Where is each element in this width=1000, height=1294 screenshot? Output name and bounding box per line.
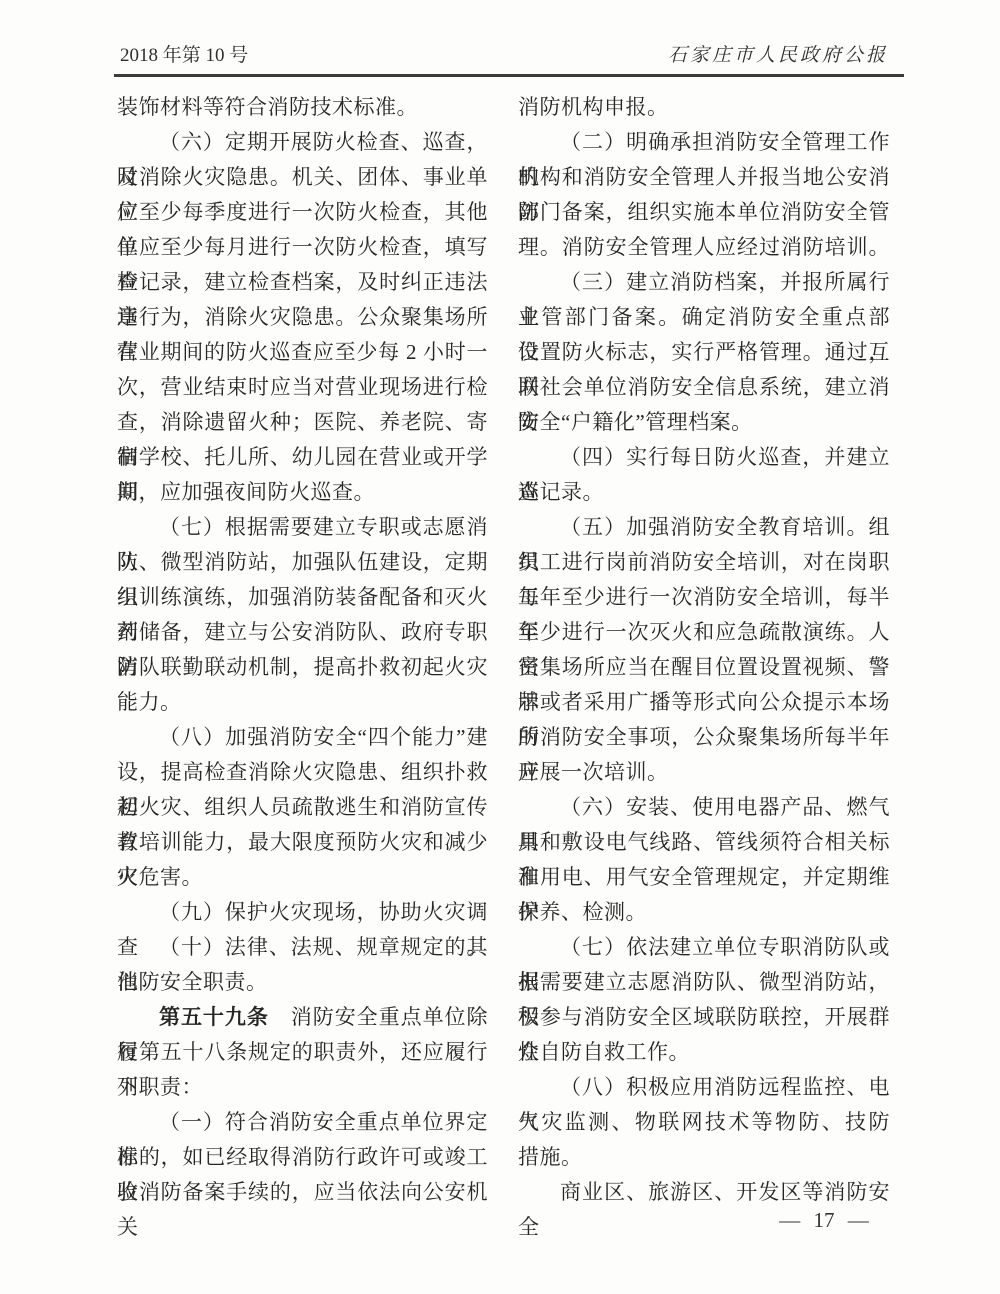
text-line: 第五十九条 消防安全重点单位除履 xyxy=(117,1000,488,1035)
text-line: （六）安装、使用电器产品、燃气用 xyxy=(518,790,890,825)
text-line: 营业期间的防火巡查应至少每 2 小时一 xyxy=(117,335,488,370)
text-line: 极参与消防安全区域联防联控，开展群众 xyxy=(518,1000,890,1035)
text-line: 查，消除遗留火种；医院、养老院、寄宿 xyxy=(117,405,488,440)
text-line: 的消防安全事项，公众聚集场所每半年应 xyxy=(518,720,890,755)
text-line: 列职责： xyxy=(117,1070,488,1105)
text-line: 能力。 xyxy=(117,685,488,720)
text-line: 网社会单位消防安全信息系统，建立消防 xyxy=(518,370,890,405)
text-line: 每年至少进行一次消防安全培训，每半年 xyxy=(518,580,890,615)
text-line: 章行为，消除火灾隐患。公众聚集场所在 xyxy=(117,300,488,335)
article-number-bold: 第五十九条 xyxy=(159,1005,269,1029)
text-line: （七）根据需要建立专职或志愿消防 xyxy=(117,510,488,545)
text-line: 消防机构申报。 xyxy=(518,90,890,125)
page-number: — 17 — xyxy=(762,1206,886,1234)
text-line: 位应至少每月进行一次防火检查，填写检 xyxy=(117,230,488,265)
text-line: （九）保护火灾现场，协助火灾调查。 xyxy=(117,895,488,930)
text-line: 具和敷设电气线路、管线须符合相关标准 xyxy=(518,825,890,860)
text-line: 安全“户籍化”管理档案。 xyxy=(518,405,890,440)
text-line: 机构和消防安全管理人并报当地公安消防 xyxy=(518,160,890,195)
text-line: 理。消防安全管理人应经过消防培训。 xyxy=(518,230,890,265)
text-line: 制学校、托儿所、幼儿园在营业或开学期 xyxy=(117,440,488,475)
text-line: 开展一次培训。 xyxy=(518,755,890,790)
text-line: 查记录。 xyxy=(518,475,890,510)
text-line: 性自防自救工作。 xyxy=(518,1035,890,1070)
text-line: 据需要建立志愿消防队、微型消防站，积 xyxy=(518,965,890,1000)
text-line: （二）明确承担消防安全管理工作的 xyxy=(518,125,890,160)
header-publication-title: 石家庄市人民政府公报 xyxy=(668,45,888,67)
text-line: 装饰材料等符合消防技术标准。 xyxy=(117,90,488,125)
right-text-column: 消防机构申报。（二）明确承担消防安全管理工作的机构和消防安全管理人并报当地公安消… xyxy=(518,90,890,1210)
text-line: （八）加强消防安全“四个能力”建 xyxy=(117,720,488,755)
text-line: 措施。 xyxy=(518,1140,890,1175)
text-line: （五）加强消防安全教育培训。组织 xyxy=(518,510,890,545)
text-line: 育培训能力，最大限度预防火灾和减少火 xyxy=(117,825,488,860)
text-line: （四）实行每日防火巡查，并建立巡 xyxy=(518,440,890,475)
text-line: 剂储备，建立与公安消防队、政府专职消 xyxy=(117,615,488,650)
text-line: 收消防备案手续的，应当依法向公安机关 xyxy=(117,1175,488,1210)
text-line: 密集场所应当在醒目位置设置视频、警示 xyxy=(518,650,890,685)
text-line: （十）法律、法规、规章规定的其他 xyxy=(117,930,488,965)
text-line: 查记录，建立检查档案，及时纠正违法违 xyxy=(117,265,488,300)
text-line: 行第五十八条规定的职责外，还应履行下 xyxy=(117,1035,488,1070)
text-line: （八）积极应用消防远程监控、电气 xyxy=(518,1070,890,1105)
left-text-column: 装饰材料等符合消防技术标准。（六）定期开展防火检查、巡查，及时消除火灾隐患。机关… xyxy=(117,90,488,1210)
gazette-page: 2018 年第 10 号 石家庄市人民政府公报 装饰材料等符合消防技术标准。（六… xyxy=(0,0,1000,1294)
text-line: 次，营业结束时应当对营业现场进行检 xyxy=(117,370,488,405)
text-line: 设，提高检查消除火灾隐患、组织扑救初 xyxy=(117,755,488,790)
text-line: 员工进行岗前消防安全培训，对在岗职工 xyxy=(518,545,890,580)
text-line: 起火灾、组织人员疏散逃生和消防宣传教 xyxy=(117,790,488,825)
text-line: 部门备案，组织实施本单位消防安全管 xyxy=(518,195,890,230)
text-line: 防队联勤联动机制，提高扑救初起火灾 xyxy=(117,650,488,685)
text-line: 准的，如已经取得消防行政许可或竣工验 xyxy=(117,1140,488,1175)
text-line: 主管部门备案。确定消防安全重点部位， xyxy=(518,300,890,335)
text-line: 火灾监测、物联网技术等物防、技防 xyxy=(518,1105,890,1140)
text-line: 时消除火灾隐患。机关、团体、事业单位 xyxy=(117,160,488,195)
text-line: 队、微型消防站，加强队伍建设，定期组 xyxy=(117,545,488,580)
text-line: 消防安全职责。 xyxy=(117,965,488,1000)
text-line: （一）符合消防安全重点单位界定标 xyxy=(117,1105,488,1140)
text-line: （六）定期开展防火检查、巡查，及 xyxy=(117,125,488,160)
text-line: 至少进行一次灭火和应急疏散演练。人员 xyxy=(518,615,890,650)
text-line: （三）建立消防档案，并报所属行业 xyxy=(518,265,890,300)
header-issue-number: 2018 年第 10 号 xyxy=(120,45,248,67)
text-line: 商业区、旅游区、开发区等消防安全 xyxy=(518,1175,890,1210)
text-line: 保养、检测。 xyxy=(518,895,890,930)
text-line: 牌或者采用广播等形式向公众提示本场所 xyxy=(518,685,890,720)
text-line: （七）依法建立单位专职消防队或根 xyxy=(518,930,890,965)
text-line: 灾危害。 xyxy=(117,860,488,895)
text-line: 应至少每季度进行一次防火检查，其他单 xyxy=(117,195,488,230)
text-line: 设置防火标志，实行严格管理。通过互联 xyxy=(518,335,890,370)
text-line: 织训练演练，加强消防装备配备和灭火药 xyxy=(117,580,488,615)
header-rule xyxy=(114,74,904,77)
text-line: 和用电、用气安全管理规定，并定期维护 xyxy=(518,860,890,895)
text-line: 间，应加强夜间防火巡查。 xyxy=(117,475,488,510)
